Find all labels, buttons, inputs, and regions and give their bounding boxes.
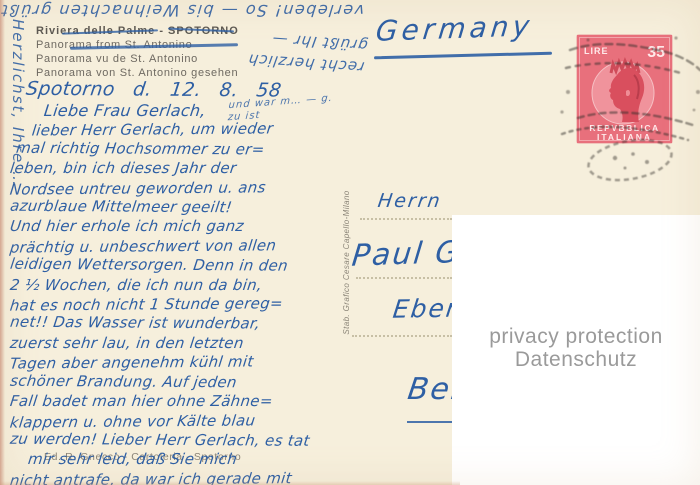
stamp-value: 35 xyxy=(647,44,665,61)
postcard-back-scan: Riviera delle Palme - SPOTORNO Panorama … xyxy=(0,0,700,485)
stamp-country-2: ITALIANA xyxy=(597,132,652,142)
message-line: mal richtig Hochsommer zu er= xyxy=(15,139,376,161)
privacy-overlay: privacy protection Datenschutz xyxy=(452,215,700,485)
message-line: lieber Herr Gerlach, um wieder xyxy=(31,119,377,141)
address-country: Germany xyxy=(374,9,535,48)
country-underline xyxy=(374,52,552,59)
message-line: Fall badet man hier ohne Zähne= xyxy=(9,392,376,411)
message-line: leben, bin ich dieses Jahr der xyxy=(9,159,376,178)
stamp-currency-label: LIRE xyxy=(584,46,609,56)
message-line: Tagen aber angenehm kühl mit xyxy=(9,352,377,375)
message-line: mir sehr leid, daß Sie mich xyxy=(27,450,376,469)
message-line: schöner Brandung. Auf jeden xyxy=(9,371,376,393)
message-overflow-upside-down: verleben! So — bis Weihnachten grüßt … xyxy=(11,1,365,20)
message-line: leidigen Wettersorgen. Denn in den xyxy=(9,255,376,277)
message-line: zu werden! Lieber Herr Gerlach, es tat xyxy=(9,430,376,452)
message-line: Und hier erhole ich mich ganz xyxy=(9,217,376,236)
message-line: net!! Das Wasser ist wunderbar, xyxy=(9,313,376,335)
message-line: 2 ½ Wochen, die ich nun da bin, xyxy=(9,276,376,295)
address-city-underline xyxy=(407,421,455,423)
caption-french: Panorama vu de St. Antonino xyxy=(36,52,239,66)
handwritten-message: Spotorno d. 12. 8. 58 Liebe Frau Gerlach… xyxy=(10,79,375,485)
message-line: zuerst sehr lau, in den letzten xyxy=(9,334,376,353)
message-overflow-upside-down-2: recht herzlich grüßt Ihr — xyxy=(235,26,370,79)
stamp-art: LIRE 35 REPVBBLICA ITALIANA xyxy=(577,35,672,143)
message-line: azurblaue Mittelmeer geeilt! xyxy=(9,197,376,219)
address-salutation: Herrn xyxy=(376,190,443,212)
privacy-line-en: privacy protection xyxy=(452,325,700,348)
postage-stamp: LIRE 35 REPVBBLICA ITALIANA xyxy=(577,35,672,143)
scan-edge-shadow xyxy=(0,0,5,485)
privacy-line-de: Datenschutz xyxy=(452,348,700,371)
scan-edge-shadow-bottom xyxy=(0,481,460,485)
privacy-overlay-text: privacy protection Datenschutz xyxy=(452,325,700,371)
